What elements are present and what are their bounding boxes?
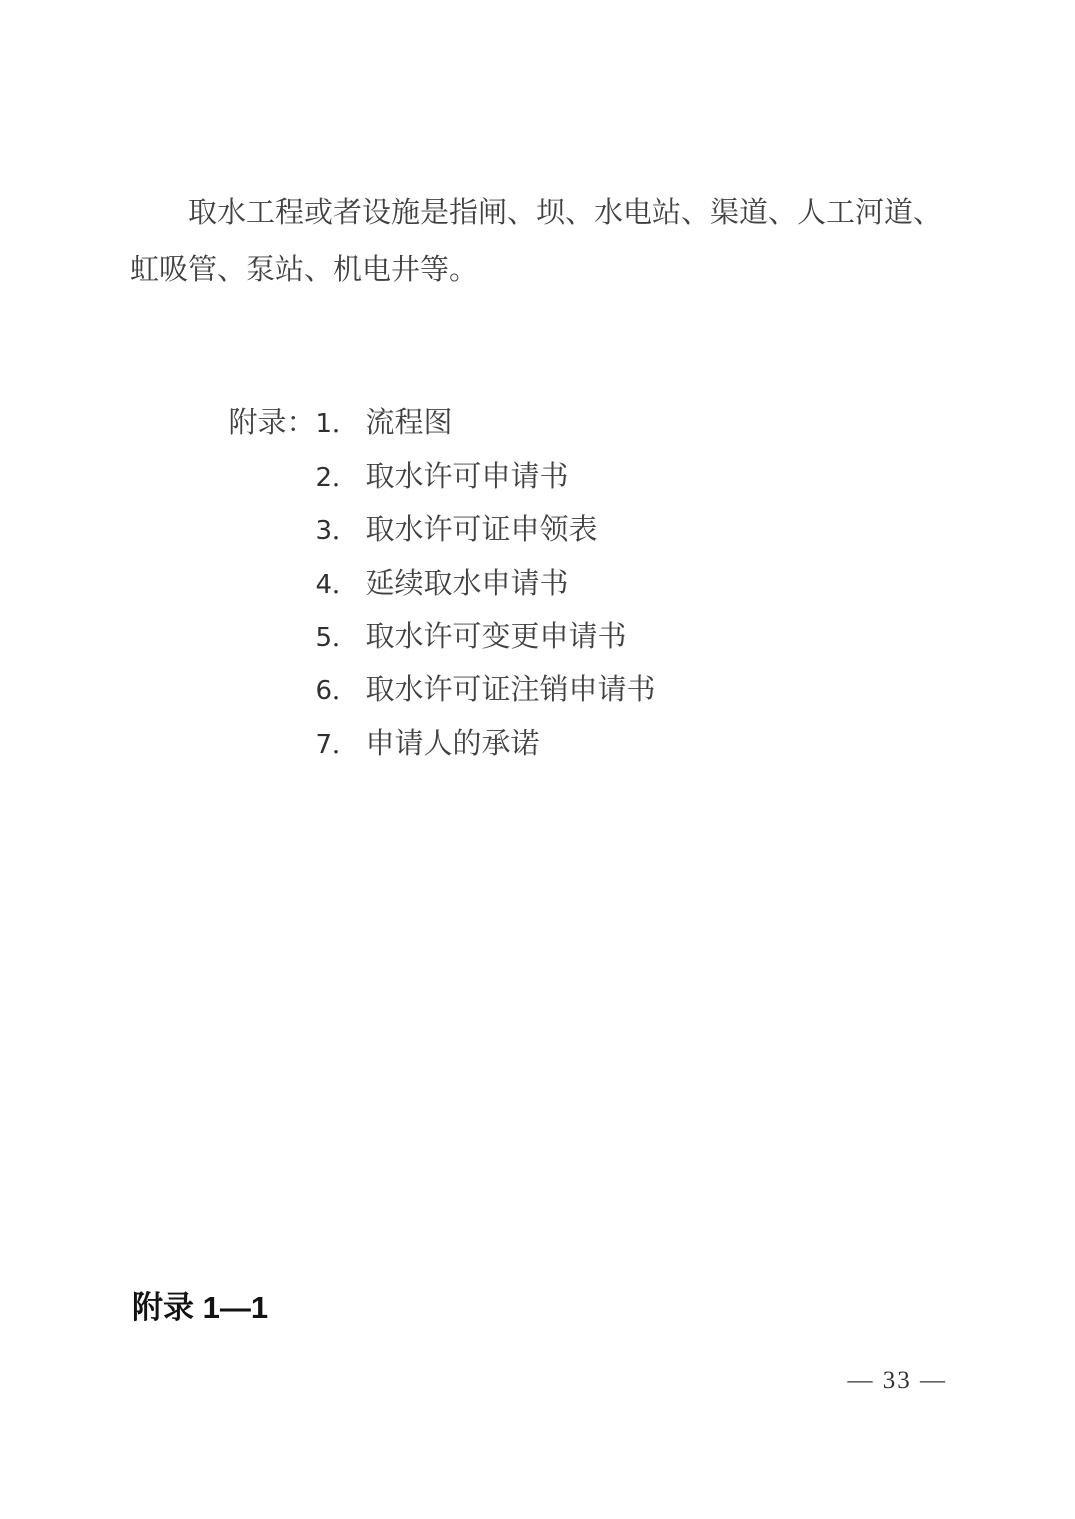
appendix-item-title: 取水许可证注销申请书: [366, 674, 656, 706]
appendix-item-number: 1．: [316, 398, 366, 451]
appendix-list-item: 附录：1．流程图: [185, 344, 656, 397]
paragraph-line: 虹吸管、泵站、机电井等。: [130, 251, 478, 289]
appendix-item-number: 7．: [316, 719, 366, 772]
appendix-item-title: 申请人的承诺: [366, 728, 540, 760]
appendix-item-title: 流程图: [366, 407, 453, 439]
appendix-list: 附录：1．流程图 2．取水许可申请书 3．取水许可证申领表 4．延续取水申请书 …: [185, 344, 656, 718]
appendix-item-number: 6．: [316, 665, 366, 718]
appendix-item-number: 2．: [316, 452, 366, 505]
document-page: 取水工程或者设施是指闸、坝、水电站、渠道、人工河道、 虹吸管、泵站、机电井等。 …: [0, 0, 1075, 1519]
appendix-item-title: 取水许可申请书: [366, 461, 569, 493]
appendix-label: 附录：: [229, 397, 316, 450]
page-number: — 33 —: [848, 1367, 948, 1395]
appendix-item-title: 取水许可证申领表: [366, 514, 598, 546]
appendix-item-title: 延续取水申请书: [366, 568, 569, 600]
appendix-section-label: 附录 1—1: [132, 1282, 268, 1327]
appendix-item-title: 取水许可变更申请书: [366, 621, 627, 653]
appendix-item-number: 3．: [316, 505, 366, 558]
appendix-item-number: 4．: [316, 559, 366, 612]
appendix-item-number: 5．: [316, 612, 366, 665]
paragraph-line: 取水工程或者设施是指闸、坝、水电站、渠道、人工河道、: [188, 194, 942, 232]
